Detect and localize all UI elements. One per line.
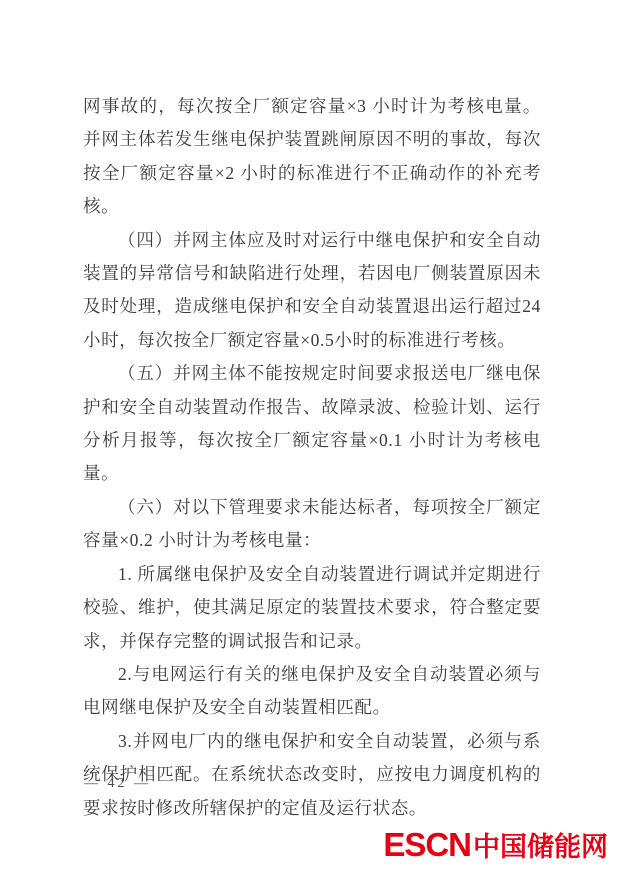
paragraph: （五）并网主体不能按规定时间要求报送电厂继电保护和安全自动装置动作报告、故障录波… (83, 357, 541, 491)
escn-logo-latin: ESCN (383, 828, 471, 861)
paragraph: 3.并网电厂内的继电保护和安全自动装置，必须与系统保护相匹配。在系统状态改变时，… (83, 725, 541, 825)
document-page: 网事故的，每次按全厂额定容量×3 小时计为考核电量。并网主体若发生继电保护装置跳… (0, 0, 620, 876)
paragraph: 1. 所属继电保护及安全自动装置进行调试并定期进行校验、维护，使其满足原定的装置… (83, 558, 541, 658)
page-number: — 42 — (84, 776, 151, 792)
paragraph: （六）对以下管理要求未能达标者，每项按全厂额定容量×0.2 小时计为考核电量： (83, 491, 541, 558)
paragraph: 网事故的，每次按全厂额定容量×3 小时计为考核电量。并网主体若发生继电保护装置跳… (83, 90, 541, 224)
escn-logo-chinese: 中国储能网 (473, 834, 608, 861)
document-body: 网事故的，每次按全厂额定容量×3 小时计为考核电量。并网主体若发生继电保护装置跳… (83, 90, 541, 825)
escn-logo: ESCN 中国储能网 (383, 828, 608, 861)
paragraph: 2.与电网运行有关的继电保护及安全自动装置必须与电网继电保护及安全自动装置相匹配… (83, 658, 541, 725)
paragraph: （四）并网主体应及时对运行中继电保护和安全自动装置的异常信号和缺陷进行处理，若因… (83, 224, 541, 358)
